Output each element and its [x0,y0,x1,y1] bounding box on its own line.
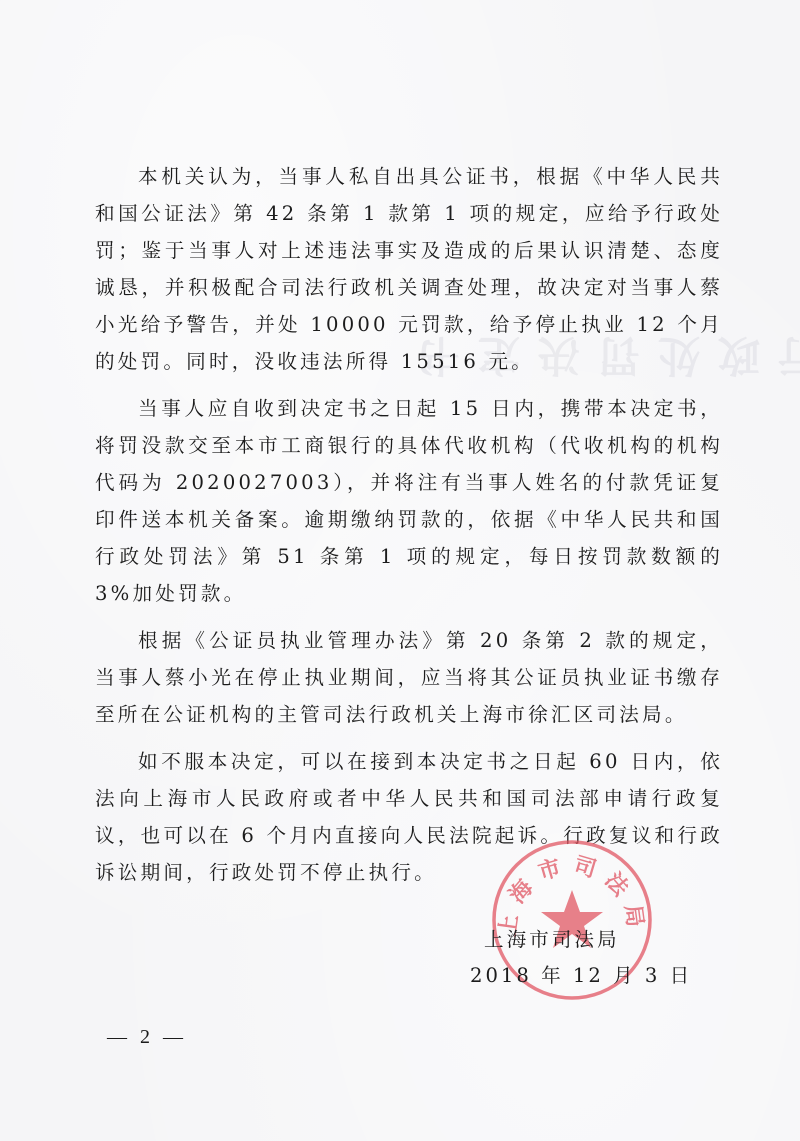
paragraph-payment: 当事人应自收到决定书之日起 15 日内，携带本决定书，将罚没款交至本市工商银行的… [95,390,723,612]
paragraph-decision: 本机关认为，当事人私自出具公证书，根据《中华人民共和国公证法》第 42 条第 1… [95,158,723,380]
signature-block: 上海市司法局 2018 年 12 月 3 日 [470,922,692,994]
document-page: 行政处罚决定书 本机关认为，当事人私自出具公证书，根据《中华人民共和国公证法》第… [0,0,800,1141]
signature-organization: 上海市司法局 [470,922,692,958]
document-body: 本机关认为，当事人私自出具公证书，根据《中华人民共和国公证法》第 42 条第 1… [95,158,723,901]
page-number: — 2 — [107,1026,187,1049]
paragraph-license-deposit: 根据《公证员执业管理办法》第 20 条第 2 款的规定，当事人蔡小光在停止执业期… [95,622,723,733]
signature-date: 2018 年 12 月 3 日 [470,958,692,994]
